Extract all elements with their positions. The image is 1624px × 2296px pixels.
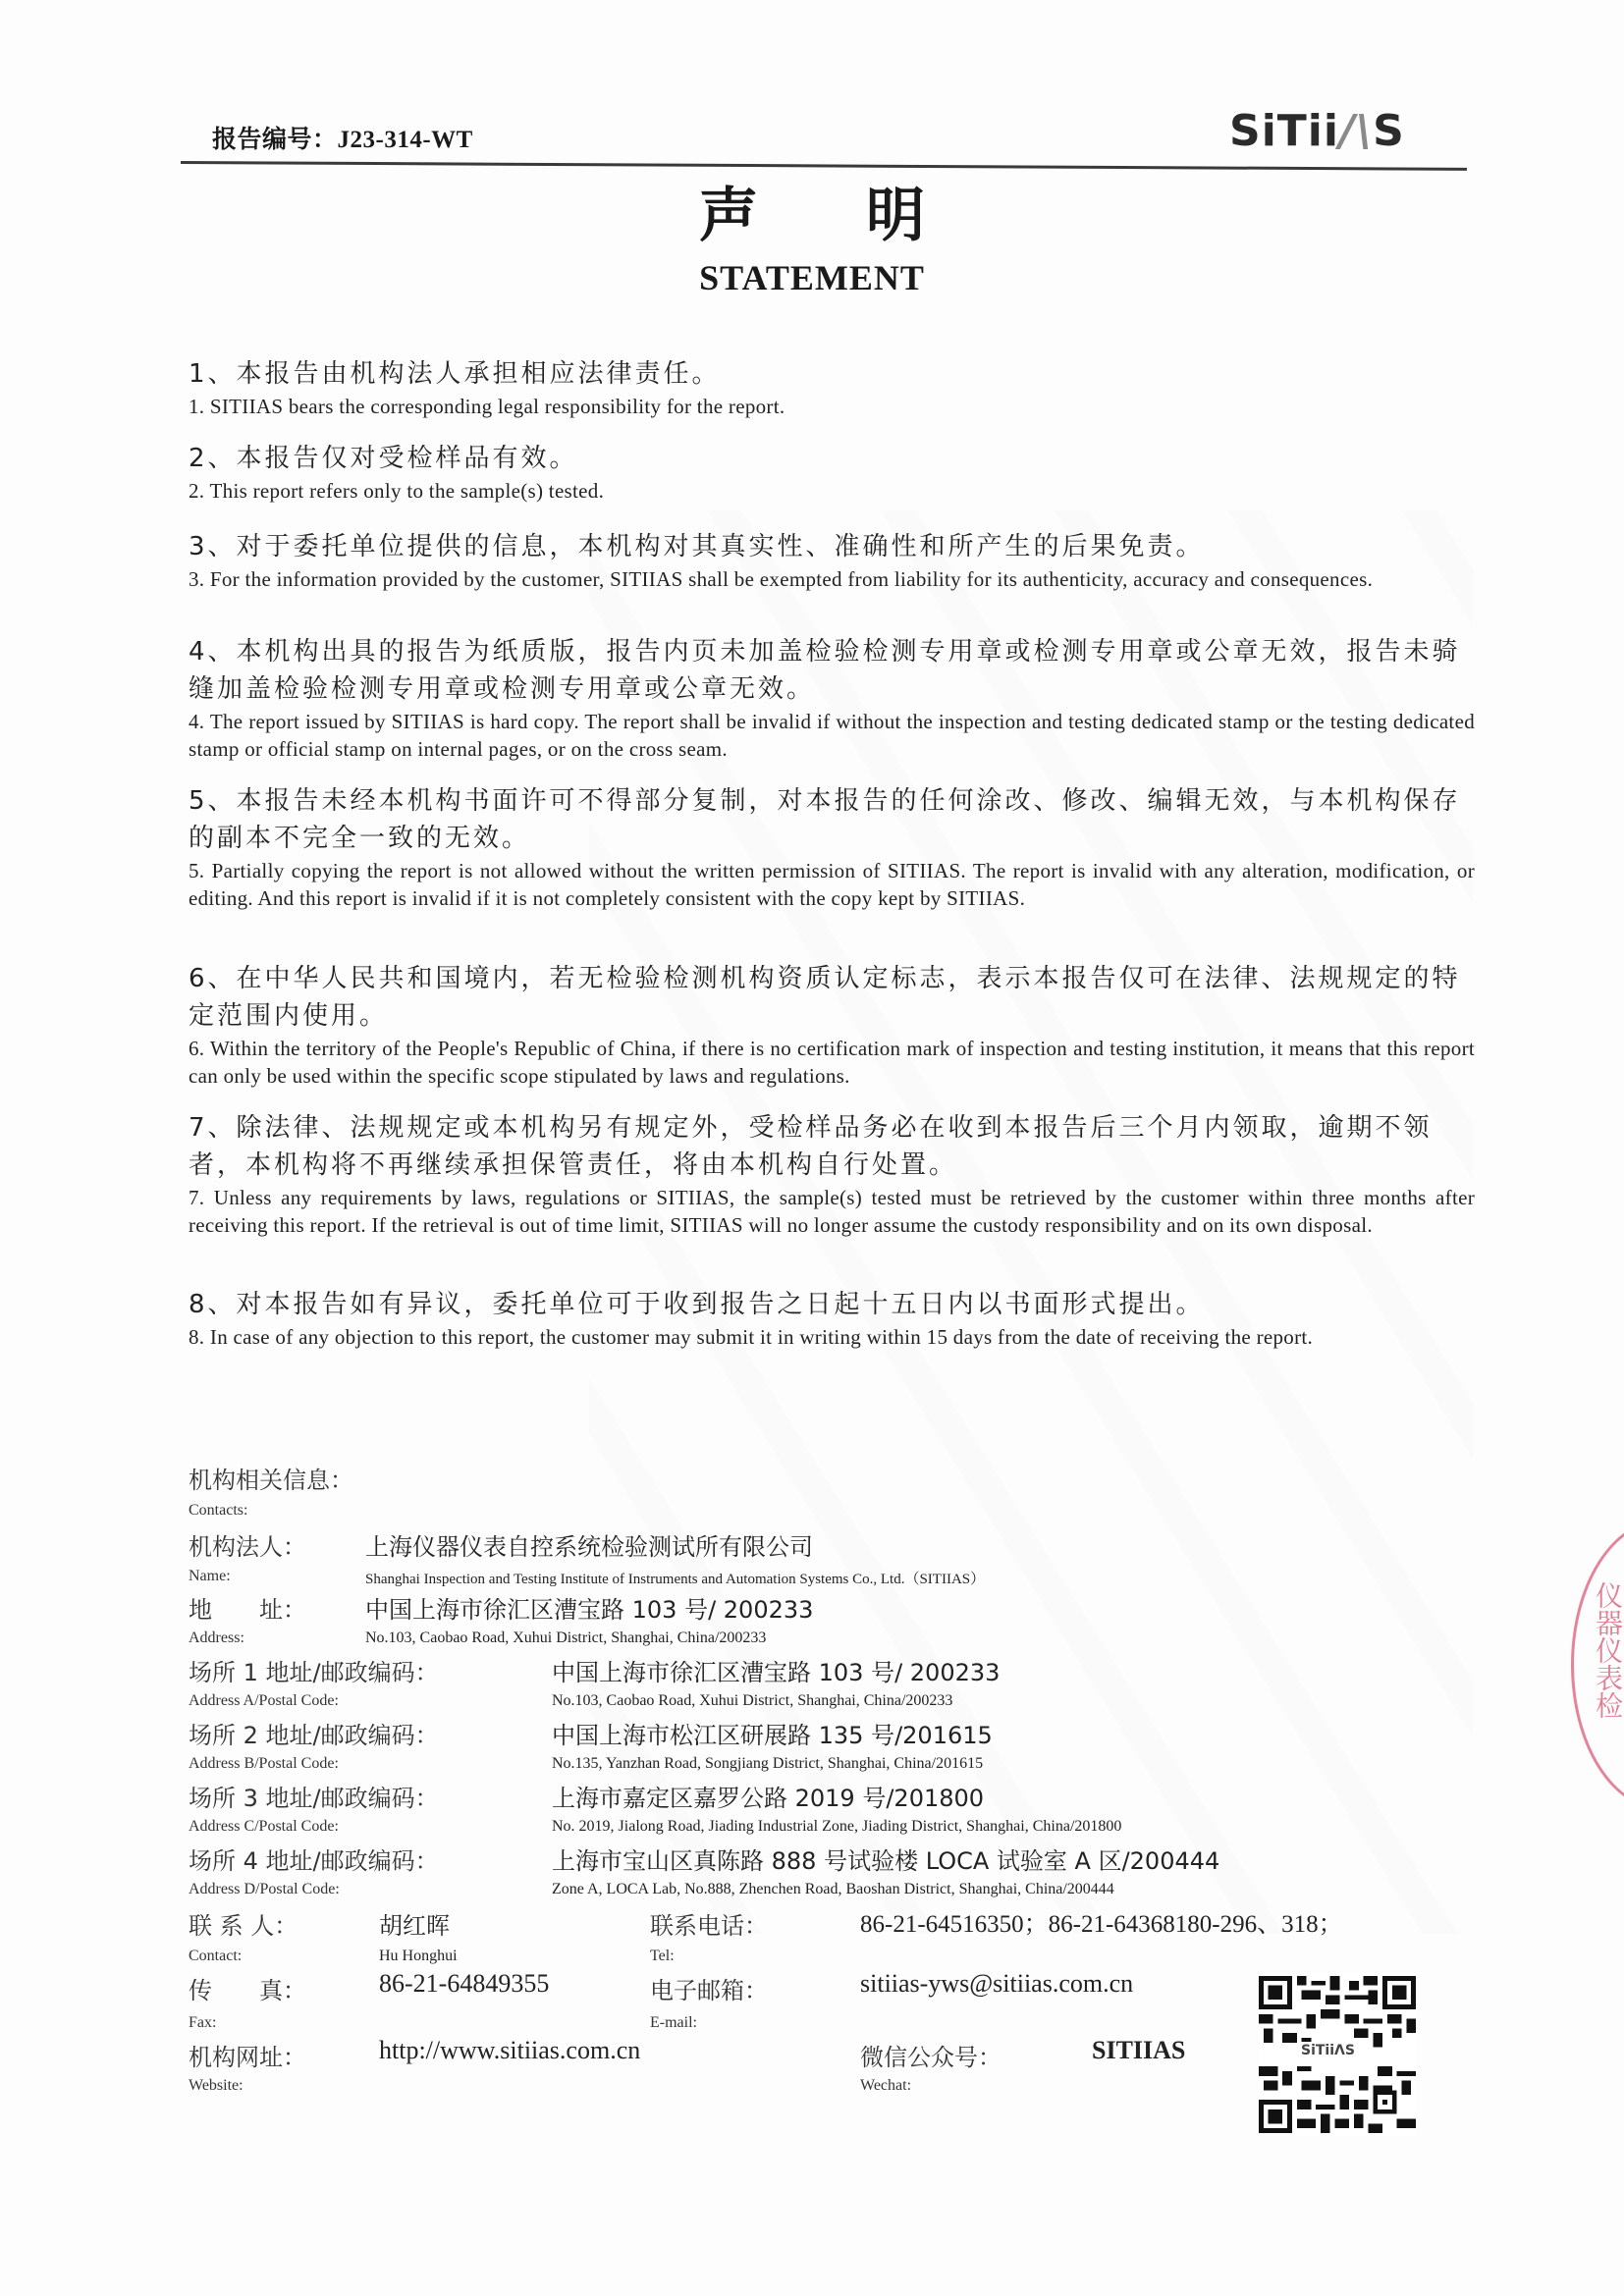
- page-title-cn: 声明: [0, 169, 1624, 253]
- statement-cn: 4、本机构出具的报告为纸质版，报告内页未加盖检验检测专用章或检测专用章或公章无效…: [189, 633, 1475, 708]
- report-number: 报告编号：J23-314-WT: [212, 120, 473, 155]
- site-2-label-en: Address B/Postal Code:: [189, 1755, 339, 1773]
- site-2-value-cn: 中国上海市松江区研展路 135 号/201615: [552, 1716, 993, 1750]
- website-label-cn: 机构网址：: [189, 2038, 306, 2072]
- statement-cn: 3、对于委托单位提供的信息，本机构对其真实性、准确性和所产生的后果免责。: [189, 528, 1475, 565]
- legal-entity-value-en: Shanghai Inspection and Testing Institut…: [365, 1568, 985, 1588]
- site-1-label-en: Address A/Postal Code:: [189, 1692, 339, 1710]
- address-label-en: Address:: [189, 1629, 244, 1647]
- site-4-value-cn: 上海市宝山区真陈路 888 号试验楼 LOCA 试验室 A 区/200444: [552, 1842, 1219, 1876]
- wechat-label-cn: 微信公众号：: [860, 2038, 1001, 2072]
- contact-person-label-cn: 联 系 人：: [189, 1906, 298, 1941]
- tel-value: 86-21-64516350；86-21-64368180-296、318；: [860, 1904, 1343, 1940]
- site-3-label-en: Address C/Postal Code:: [189, 1818, 339, 1836]
- statement-8: 8、对本报告如有异议，委托单位可于收到报告之日起十五日内以书面形式提出。 8. …: [189, 1286, 1475, 1351]
- statement-cn: 7、除法律、法规规定或本机构另有规定外，受检样品务必在收到本报告后三个月内领取，…: [189, 1109, 1475, 1184]
- site-1-label-cn: 场所 1 地址/邮政编码：: [189, 1653, 439, 1687]
- statement-6: 6、在中华人民共和国境内，若无检验检测机构资质认定标志，表示本报告仅可在法律、法…: [189, 960, 1475, 1090]
- contacts-heading-cn: 机构相关信息：: [189, 1461, 353, 1495]
- site-3-value-cn: 上海市嘉定区嘉罗公路 2019 号/201800: [552, 1779, 984, 1813]
- site-3-value-en: No. 2019, Jialong Road, Jiading Industri…: [552, 1818, 1121, 1836]
- contact-person-value-en: Hu Honghui: [379, 1948, 458, 1965]
- email-value[interactable]: sitiias-yws@sitiias.com.cn: [860, 1969, 1133, 1999]
- site-2-value-en: No.135, Yanzhan Road, Songjiang District…: [552, 1755, 983, 1773]
- statement-en: 5. Partially copying the report is not a…: [189, 857, 1475, 912]
- statement-en: 3. For the information provided by the c…: [189, 565, 1475, 593]
- statement-en: 8. In case of any objection to this repo…: [189, 1323, 1475, 1351]
- website-value[interactable]: http://www.sitiias.com.cn: [379, 2036, 640, 2065]
- fax-value: 86-21-64849355: [379, 1969, 549, 1999]
- site-4-value-en: Zone A, LOCA Lab, No.888, Zhenchen Road,…: [552, 1881, 1114, 1898]
- tel-label-en: Tel:: [650, 1948, 675, 1965]
- tel-label-cn: 联系电话：: [650, 1906, 768, 1941]
- report-number-label: 报告编号：: [212, 127, 338, 153]
- statement-3: 3、对于委托单位提供的信息，本机构对其真实性、准确性和所产生的后果免责。 3. …: [189, 528, 1475, 593]
- sitiias-logo: SiTii/\S: [1229, 106, 1405, 156]
- logo-text-end: S: [1373, 106, 1405, 156]
- fax-label-en: Fax:: [189, 2014, 216, 2032]
- wechat-value: SITIIAS: [1092, 2036, 1185, 2065]
- contact-person-label-en: Contact:: [189, 1948, 242, 1965]
- site-2-label-cn: 场所 2 地址/邮政编码：: [189, 1716, 439, 1750]
- statement-7: 7、除法律、法规规定或本机构另有规定外，受检样品务必在收到本报告后三个月内领取，…: [189, 1109, 1475, 1239]
- contacts-heading-en: Contacts:: [189, 1502, 247, 1520]
- address-value-cn: 中国上海市徐汇区漕宝路 103 号/ 200233: [365, 1590, 813, 1625]
- site-4-label-en: Address D/Postal Code:: [189, 1881, 340, 1898]
- statement-5: 5、本报告未经本机构书面许可不得部分复制，对本报告的任何涂改、修改、编辑无效，与…: [189, 782, 1475, 912]
- statement-cn: 8、对本报告如有异议，委托单位可于收到报告之日起十五日内以书面形式提出。: [189, 1286, 1475, 1323]
- statement-en: 2. This report refers only to the sample…: [189, 477, 1475, 505]
- statement-cn: 5、本报告未经本机构书面许可不得部分复制，对本报告的任何涂改、修改、编辑无效，与…: [189, 782, 1475, 857]
- wechat-label-en: Wechat:: [860, 2077, 911, 2095]
- site-1-value-en: No.103, Caobao Road, Xuhui District, Sha…: [552, 1692, 952, 1710]
- wechat-qr-code: SiTiiΛS: [1259, 1973, 1416, 2136]
- statement-cn: 1、本报告由机构法人承担相应法律责任。: [189, 355, 1475, 393]
- fax-label-cn: 传 真：: [189, 1971, 306, 2005]
- statement-en: 6. Within the territory of the People's …: [189, 1035, 1475, 1090]
- qr-center-logo: SiTiiΛS: [1298, 2042, 1358, 2059]
- contact-person-value-cn: 胡红晖: [379, 1906, 450, 1941]
- site-4-label-cn: 场所 4 地址/邮政编码：: [189, 1842, 439, 1876]
- legal-entity-label-en: Name:: [189, 1568, 231, 1585]
- official-seal-stamp: 仪器仪表检: [1571, 1520, 1624, 1810]
- logo-accent: /\: [1339, 106, 1373, 156]
- report-number-value: J23-314-WT: [338, 127, 473, 153]
- statement-cn: 6、在中华人民共和国境内，若无检验检测机构资质认定标志，表示本报告仅可在法律、法…: [189, 960, 1475, 1035]
- page-title-en: STATEMENT: [0, 257, 1624, 298]
- stamp-text: 仪器仪表检: [1588, 1581, 1624, 1719]
- statement-4: 4、本机构出具的报告为纸质版，报告内页未加盖检验检测专用章或检测专用章或公章无效…: [189, 633, 1475, 763]
- statement-2: 2、本报告仅对受检样品有效。 2. This report refers onl…: [189, 440, 1475, 505]
- statement-en: 7. Unless any requirements by laws, regu…: [189, 1184, 1475, 1239]
- legal-entity-label-cn: 机构法人：: [189, 1527, 306, 1562]
- address-value-en: No.103, Caobao Road, Xuhui District, Sha…: [365, 1629, 766, 1647]
- website-label-en: Website:: [189, 2077, 244, 2095]
- statement-en: 1. SITIIAS bears the corresponding legal…: [189, 393, 1475, 420]
- statement-en: 4. The report issued by SITIIAS is hard …: [189, 708, 1475, 763]
- statement-page: 报告编号：J23-314-WT SiTii/\S 声明 STATEMENT 1、…: [0, 0, 1624, 2296]
- statement-cn: 2、本报告仅对受检样品有效。: [189, 440, 1475, 477]
- email-label-cn: 电子邮箱：: [650, 1971, 768, 2005]
- statement-1: 1、本报告由机构法人承担相应法律责任。 1. SITIIAS bears the…: [189, 355, 1475, 420]
- address-label-cn: 地 址：: [189, 1590, 306, 1625]
- site-1-value-cn: 中国上海市徐汇区漕宝路 103 号/ 200233: [552, 1653, 1000, 1687]
- email-label-en: E-mail:: [650, 2014, 697, 2032]
- site-3-label-cn: 场所 3 地址/邮政编码：: [189, 1779, 439, 1813]
- legal-entity-value-cn: 上海仪器仪表自控系统检验测试所有限公司: [365, 1527, 813, 1562]
- logo-text: SiTii: [1229, 106, 1339, 156]
